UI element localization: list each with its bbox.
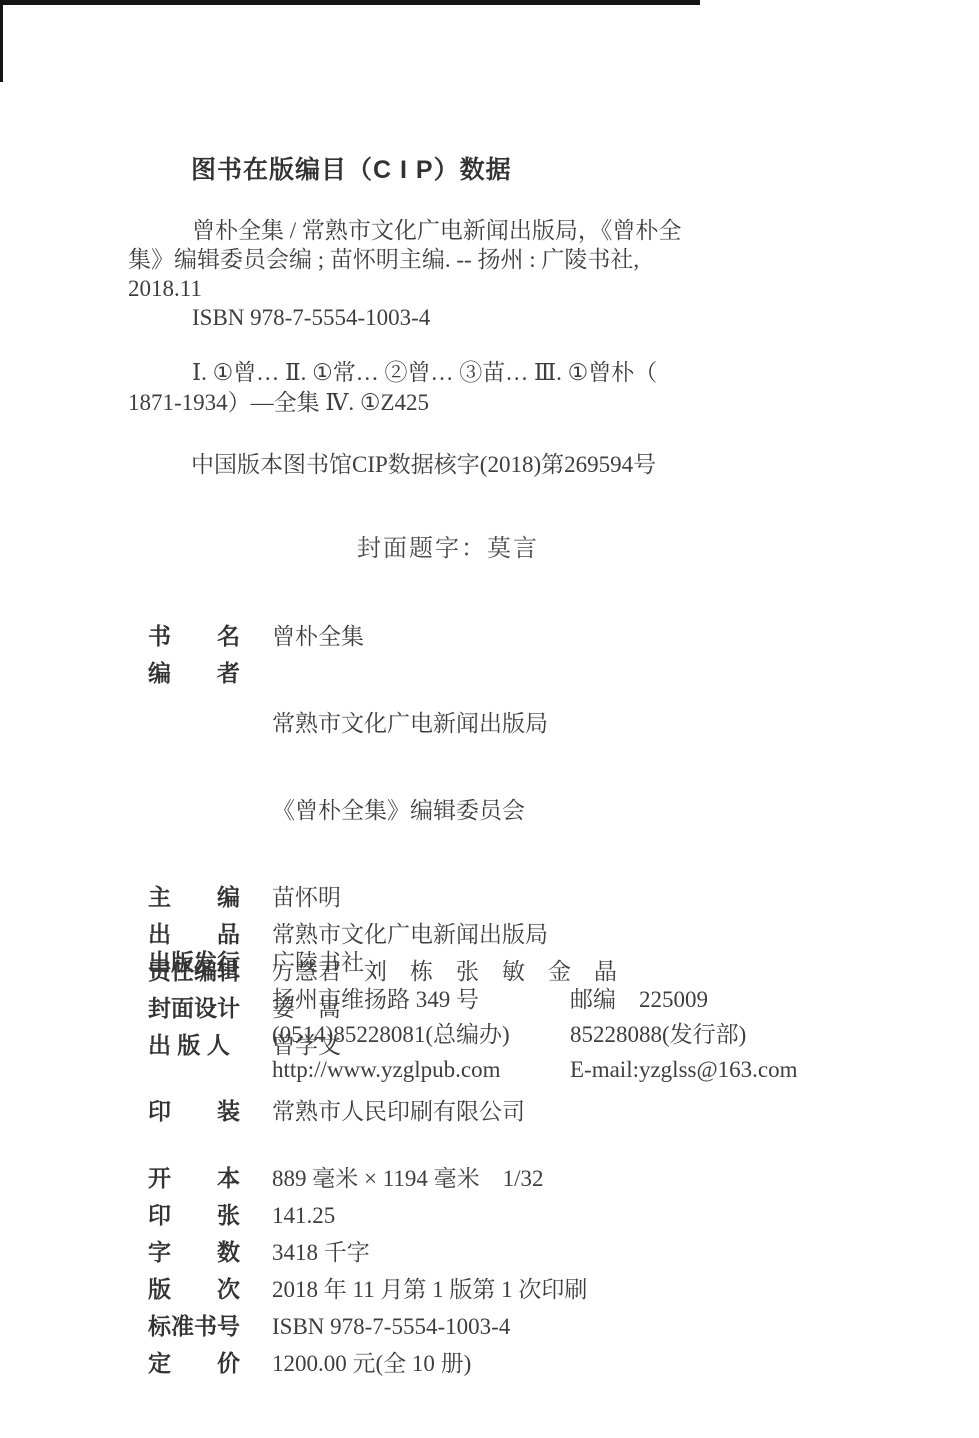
field-label: 版 次 xyxy=(148,1277,272,1302)
spec-row-format: 开 本 889 毫米 × 1194 毫米 1/32 xyxy=(148,1166,948,1191)
cip-record-line: 集》编辑委员会编 ; 苗怀明主编. -- 扬州 : 广陵书社, xyxy=(128,245,868,274)
spec-row-edition: 版 次 2018 年 11 月第 1 版第 1 次印刷 xyxy=(148,1277,948,1302)
field-value: 曾朴全集 xyxy=(272,624,928,649)
field-value: 苗怀明 xyxy=(272,885,928,910)
spec-row-sheets: 印 张 141.25 xyxy=(148,1203,948,1228)
colophon-row-producer: 出 品 常熟市文化广电新闻出版局 xyxy=(148,922,928,947)
publisher-postcode: 邮编 225009 xyxy=(570,987,948,1013)
field-value: ISBN 978-7-5554-1003-4 xyxy=(272,1314,948,1339)
field-value-line: 《曾朴全集》编辑委员会 xyxy=(272,798,928,823)
classification-line: Ⅰ. ①曾… Ⅱ. ①常… ②曾… ③苗… Ⅲ. ①曾朴（ xyxy=(128,358,868,388)
colophon-row-title: 书 名 曾朴全集 xyxy=(148,624,928,649)
field-label: 开 本 xyxy=(148,1166,272,1191)
spec-row-isbn: 标准书号 ISBN 978-7-5554-1003-4 xyxy=(148,1314,948,1339)
colophon-row-editor: 编 者 常熟市文化广电新闻出版局 《曾朴全集》编辑委员会 xyxy=(148,661,928,873)
field-label: 标准书号 xyxy=(148,1314,272,1339)
field-label: 主 编 xyxy=(148,885,272,910)
field-value: 2018 年 11 月第 1 版第 1 次印刷 xyxy=(272,1277,948,1302)
field-value-line: 常熟市文化广电新闻出版局 xyxy=(272,711,928,736)
publisher-phone-main: (0514)85228081(总编办) xyxy=(272,1022,570,1048)
spec-row-price: 定 价 1200.00 元(全 10 册) xyxy=(148,1351,948,1376)
cip-record-paragraph: 曾朴全集 / 常熟市文化广电新闻出版局，《曾朴全 集》编辑委员会编 ; 苗怀明主… xyxy=(128,216,868,332)
field-label: 印 张 xyxy=(148,1203,272,1228)
classification-line: 1871-1934）—全集 Ⅳ. ①Z425 xyxy=(128,388,868,418)
field-label: 出 品 xyxy=(148,922,272,947)
publisher-phone-distribution: 85228088(发行部) xyxy=(570,1022,948,1048)
isbn-line: ISBN 978-7-5554-1003-4 xyxy=(128,303,868,332)
field-value: 常熟市文化广电新闻出版局 xyxy=(272,922,928,947)
publisher-block: 出版发行 广陵书社 扬州市维扬路 349 号 邮编 225009 (0514)8… xyxy=(148,950,948,1136)
copyright-page: 图书在版编目（C I P）数据 曾朴全集 / 常熟市文化广电新闻出版局，《曾朴全… xyxy=(0,0,979,1438)
publisher-website: http://www.yzglpub.com xyxy=(272,1057,570,1083)
publisher-name: 广陵书社 xyxy=(272,950,948,975)
spec-row-word-count: 字 数 3418 千字 xyxy=(148,1240,948,1265)
field-label: 定 价 xyxy=(148,1351,272,1376)
field-value: 1200.00 元(全 10 册) xyxy=(272,1351,948,1376)
field-value: 889 毫米 × 1194 毫米 1/32 xyxy=(272,1166,948,1191)
cip-record-number: 中国版本图书馆CIP数据核字(2018)第269594号 xyxy=(191,446,656,479)
publisher-row: 出版发行 广陵书社 xyxy=(148,950,948,975)
field-label: 书 名 xyxy=(148,624,272,649)
colophon-row-chief-editor: 主 编 苗怀明 xyxy=(148,885,928,910)
field-value: 141.25 xyxy=(272,1203,948,1228)
cip-header: 图书在版编目（C I P）数据 xyxy=(191,150,512,186)
field-label: 出版发行 xyxy=(148,950,272,975)
field-label: 印 装 xyxy=(148,1099,272,1124)
cip-record-line: 2018.11 xyxy=(128,274,868,303)
scan-edge-top xyxy=(0,0,700,5)
publisher-web-row: http://www.yzglpub.com E-mail:yzglss@163… xyxy=(148,1057,948,1083)
publisher-address-row: 扬州市维扬路 349 号 邮编 225009 xyxy=(148,987,948,1013)
printer-name: 常熟市人民印刷有限公司 xyxy=(272,1099,948,1124)
cip-record-line: 曾朴全集 / 常熟市文化广电新闻出版局，《曾朴全 xyxy=(128,216,868,245)
field-value: 常熟市文化广电新闻出版局 《曾朴全集》编辑委员会 xyxy=(272,661,928,873)
field-value: 3418 千字 xyxy=(272,1240,948,1265)
scan-edge-left xyxy=(0,0,3,82)
printer-row: 印 装 常熟市人民印刷有限公司 xyxy=(148,1099,948,1124)
specs-list: 开 本 889 毫米 × 1194 毫米 1/32 印 张 141.25 字 数… xyxy=(148,1166,948,1388)
field-label: 字 数 xyxy=(148,1240,272,1265)
cip-classification: Ⅰ. ①曾… Ⅱ. ①常… ②曾… ③苗… Ⅲ. ①曾朴（ 1871-1934）… xyxy=(128,358,868,418)
publisher-phone-row: (0514)85228081(总编办) 85228088(发行部) xyxy=(148,1022,948,1048)
cover-inscription: 封面题字：莫言 xyxy=(357,528,539,563)
field-label: 编 者 xyxy=(148,661,272,686)
publisher-address: 扬州市维扬路 349 号 xyxy=(272,987,570,1013)
publisher-email: E-mail:yzglss@163.com xyxy=(570,1057,948,1083)
